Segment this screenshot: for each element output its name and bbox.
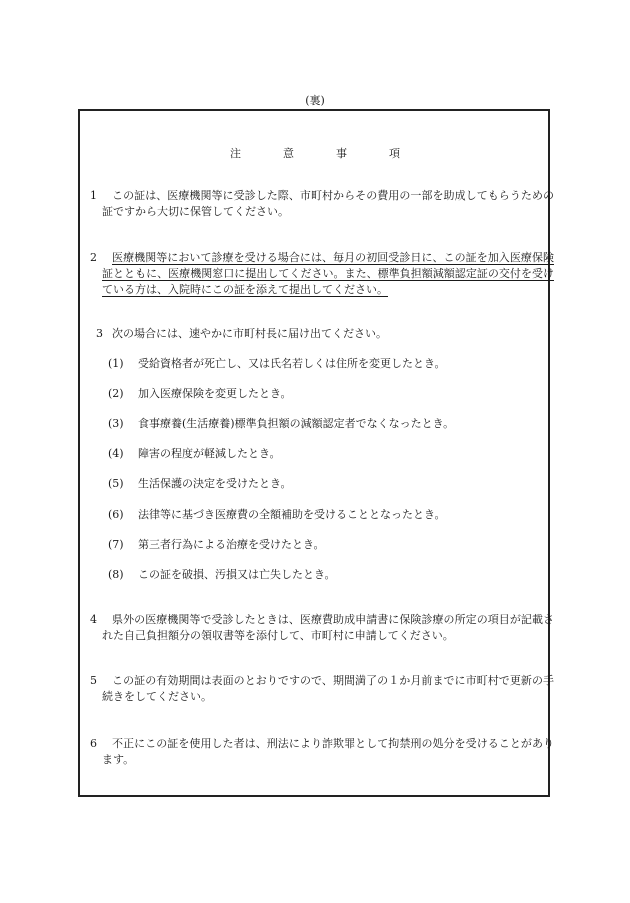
sub-item-2: (2)加入医療保険を変更したとき。 — [108, 386, 548, 402]
page-title: 注意事項 — [78, 145, 552, 161]
sub-item-text: 生活保護の決定を受けたとき。 — [138, 477, 292, 490]
sub-item-number: (3) — [108, 416, 138, 432]
sub-item-4: (4)障害の程度が軽減したとき。 — [108, 446, 548, 462]
notice-text: 県外の医療機関等で受診したときは、医療費助成申請書に保険診療の所定の項目が記載さ… — [102, 613, 554, 642]
sub-item-text: 法律等に基づき医療費の全額補助を受けることとなったとき。 — [138, 508, 446, 521]
sub-item-1: (1)受給資格者が死亡し、又は氏名若しくは住所を変更したとき。 — [108, 356, 548, 372]
sub-item-number: (8) — [108, 567, 138, 583]
notice-6: 6不正にこの証を使用した者は、刑法により詐欺罪として拘禁刑の処分を受けることがあ… — [96, 736, 554, 768]
sub-item-5: (5)生活保護の決定を受けたとき。 — [108, 476, 548, 492]
sub-item-7: (7)第三者行為による治療を受けたとき。 — [108, 537, 548, 553]
sub-item-6: (6)法律等に基づき医療費の全額補助を受けることとなったとき。 — [108, 507, 548, 523]
sub-item-text: 加入医療保険を変更したとき。 — [138, 387, 292, 400]
notice-number: 1 — [96, 188, 112, 204]
reverse-side-label: (裏) — [0, 92, 630, 108]
notice-text: この証は、医療機関等に受診した際、市町村からその費用の一部を助成してもらうための… — [102, 189, 554, 218]
title-char: 意 — [283, 145, 294, 161]
title-char: 事 — [336, 145, 347, 161]
sub-item-number: (7) — [108, 537, 138, 553]
sub-item-8: (8)この証を破損、汚損又は亡失したとき。 — [108, 567, 548, 583]
notice-number: 3 — [96, 326, 112, 342]
notice-text: 不正にこの証を使用した者は、刑法により詐欺罪として拘禁刑の処分を受けることがあり… — [102, 737, 554, 766]
sub-item-text: 障害の程度が軽減したとき。 — [138, 447, 281, 460]
sub-item-number: (5) — [108, 476, 138, 492]
notice-text: 次の場合には、速やかに市町村長に届け出てください。 — [112, 327, 387, 340]
sub-item-number: (1) — [108, 356, 138, 372]
sub-item-3: (3)食事療養(生活療養)標準負担額の減額認定者でなくなったとき。 — [108, 416, 548, 432]
sub-item-number: (4) — [108, 446, 138, 462]
notice-text: 医療機関等において診療を受ける場合には、毎月の初回受診日に、この証を加入医療保険… — [102, 251, 554, 296]
notice-text: この証の有効期間は表面のとおりですので、期間満了の１か月前までに市町村で更新の手… — [102, 674, 554, 703]
sub-item-text: この証を破損、汚損又は亡失したとき。 — [138, 568, 336, 581]
notice-number: 6 — [96, 736, 112, 752]
notice-2: 2医療機関等において診療を受ける場合には、毎月の初回受診日に、この証を加入医療保… — [96, 250, 554, 298]
notice-number: 5 — [96, 673, 112, 689]
notice-number: 4 — [96, 612, 112, 628]
sub-item-text: 第三者行為による治療を受けたとき。 — [138, 538, 325, 551]
notice-number: 2 — [96, 250, 112, 266]
notice-3: 3次の場合には、速やかに市町村長に届け出てください。 — [96, 326, 548, 342]
sub-item-number: (2) — [108, 386, 138, 402]
sub-item-text: 食事療養(生活療養)標準負担額の減額認定者でなくなったとき。 — [138, 417, 454, 430]
notice-4: 4県外の医療機関等で受診したときは、医療費助成申請書に保険診療の所定の項目が記載… — [96, 612, 554, 644]
notice-1: 1この証は、医療機関等に受診した際、市町村からその費用の一部を助成してもらうため… — [96, 188, 554, 220]
sub-item-text: 受給資格者が死亡し、又は氏名若しくは住所を変更したとき。 — [138, 357, 446, 370]
notice-5: 5この証の有効期間は表面のとおりですので、期間満了の１か月前までに市町村で更新の… — [96, 673, 554, 705]
title-char: 注 — [230, 145, 241, 161]
title-char: 項 — [389, 145, 400, 161]
sub-item-number: (6) — [108, 507, 138, 523]
